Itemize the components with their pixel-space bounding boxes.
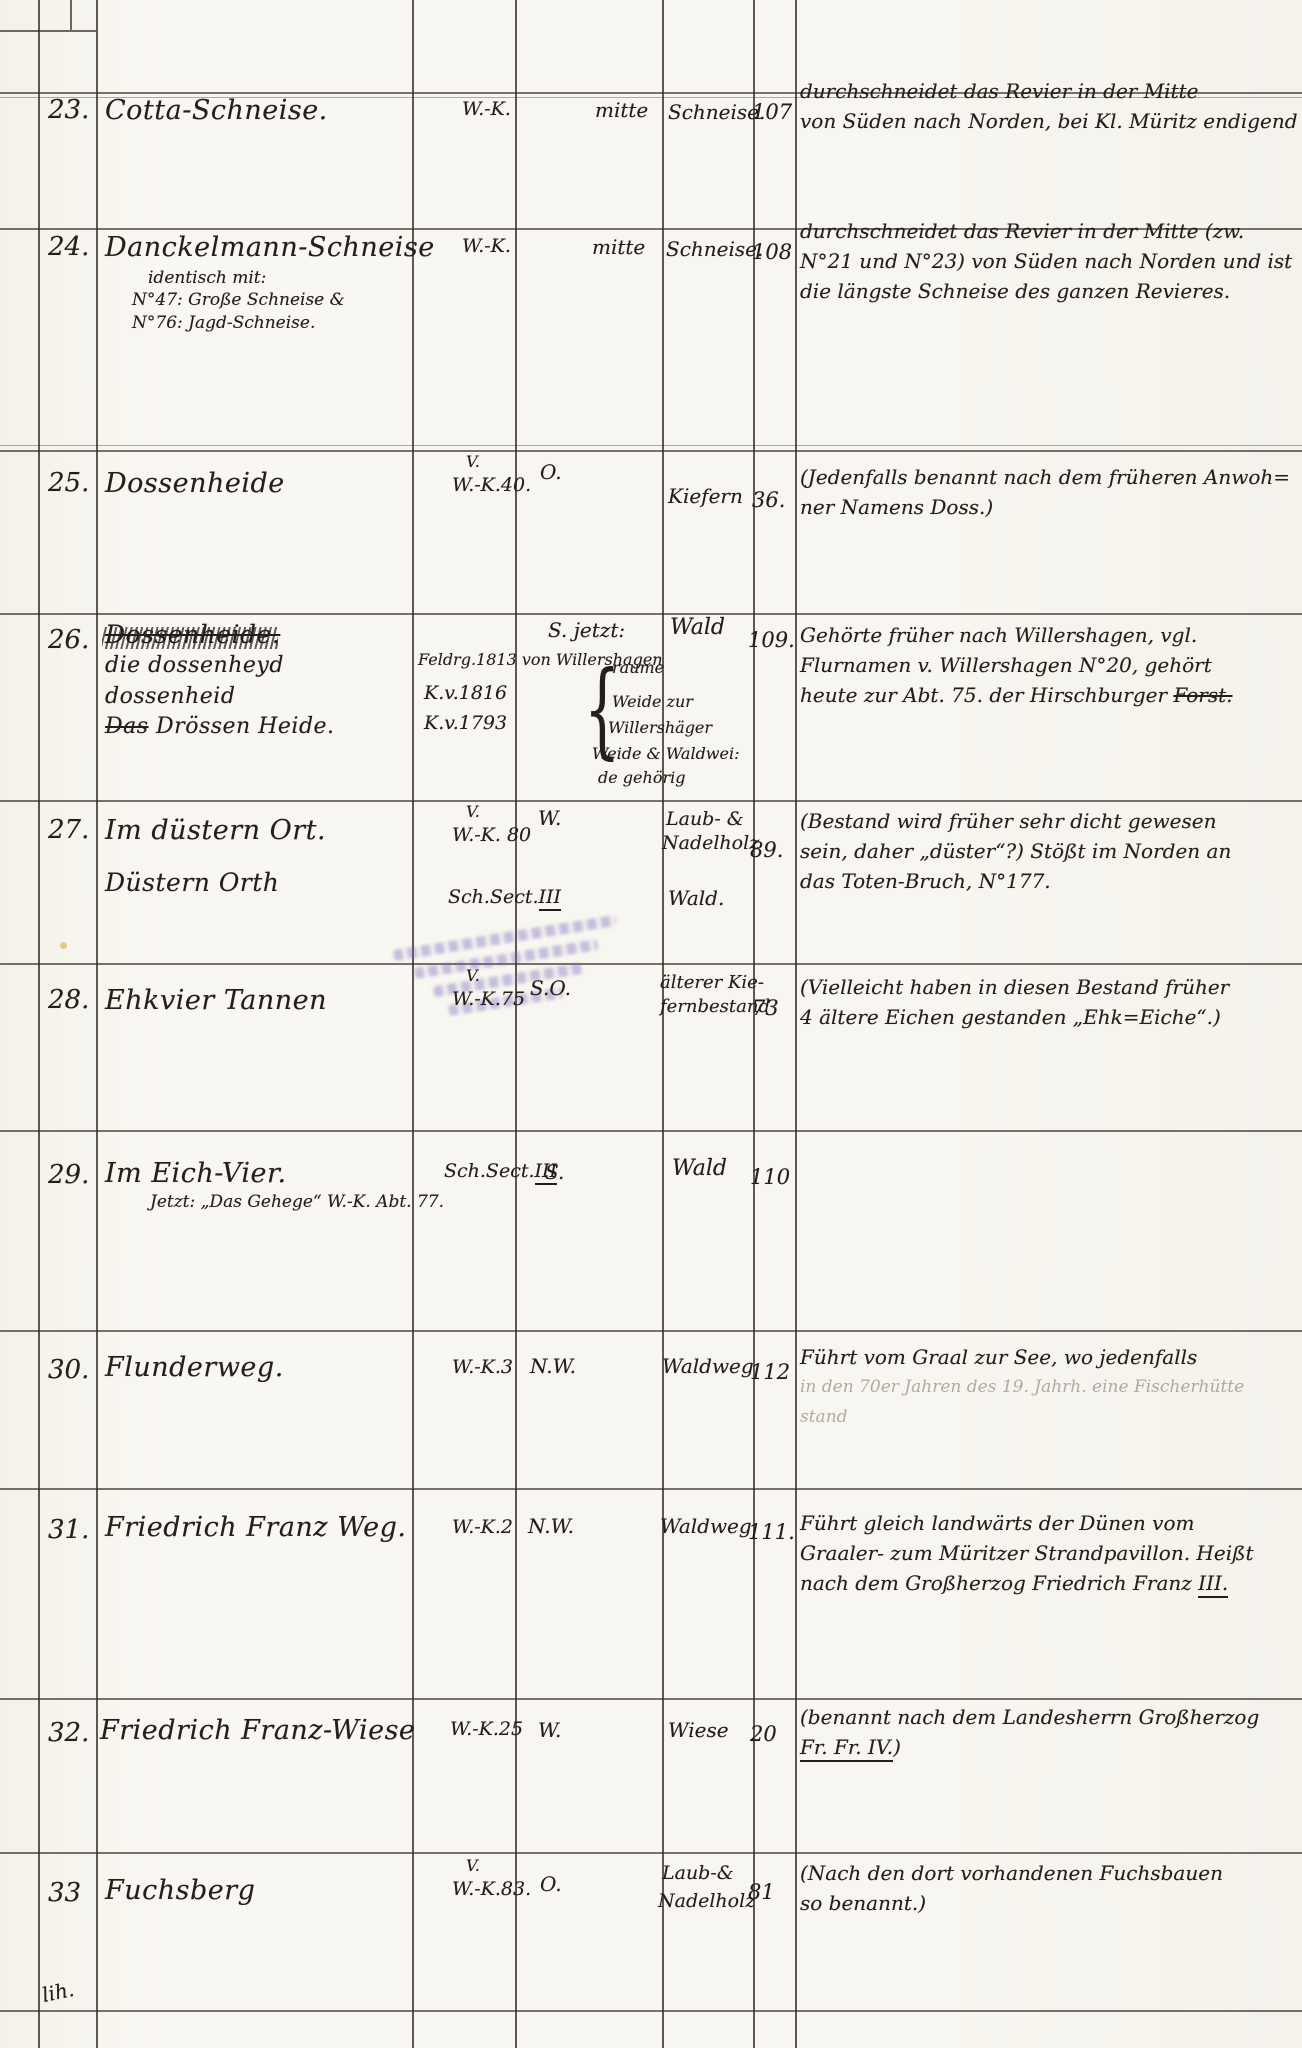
remark-line: Führt gleich landwärts der Dünen vom [800,1508,1254,1538]
grid-hline [0,445,1302,446]
entry-name-variant: die dossenheyd [105,653,284,678]
brace-note-line: raume [612,658,664,677]
terrain-type: Kiefern [668,484,743,508]
remark-line: so benannt.) [800,1888,1223,1918]
entry-number: 31. [48,1515,89,1545]
remark-line: (Nach den dort vorhandenen Fuchsbauen [800,1858,1223,1888]
remark-line: das Toten-Bruch, N°177. [800,866,1231,896]
underlined-numeral: III. [1198,1571,1228,1598]
map-number: 112 [750,1360,790,1384]
location: S. jetzt: [548,618,625,642]
source-code: Sch.Sect.III [444,1160,557,1182]
map-number: 111. [748,1520,795,1544]
source-code: K.v.1816 [424,682,507,704]
grid-vline [96,0,98,2048]
entry-name: Friedrich Franz-Wiese [100,1715,415,1746]
entry-number: 26. [48,625,89,655]
crossed-out-word: Forst. [1173,683,1232,707]
remark-line: (Jedenfalls benannt nach dem früheren An… [800,462,1290,492]
entry-name-note: N°76: Jagd-Schneise. [132,313,315,333]
remark-line: durchschneidet das Revier in der Mitte (… [800,216,1292,246]
remark-line: (Vielleicht haben in diesen Bestand früh… [800,972,1229,1002]
grid-hline [0,450,1302,452]
remark-line: ner Namens Doss.) [800,492,1290,522]
source-code: W.-K.40. [452,474,531,496]
entry-name: Danckelmann-Schneise [105,232,435,263]
brace-note-line: de gehörig [598,768,685,787]
terrain-type: Nadelholz [658,1890,755,1912]
location: S.O. [530,976,571,1000]
remark-line: Flurnamen v. Willershagen N°20, gehört [800,650,1232,680]
remark-line: 4 ältere Eichen gestanden „Ehk=Eiche“.) [800,1002,1229,1032]
entry-name: Friedrich Franz Weg. [105,1512,407,1543]
entry-name: Dossenheide [105,468,285,499]
grid-hline [0,1698,1302,1700]
location: O. [540,1872,562,1896]
terrain-type: Waldweg [660,1514,752,1538]
map-number: 110 [750,1165,790,1189]
entry-number: 30. [48,1355,89,1385]
remark: (Bestand wird früher sehr dicht gewesen … [800,806,1231,896]
brace-note-line: Willershäger [608,718,712,737]
scanned-register-page: 23. Cotta-Schneise. W.-K. mitte Schneise… [0,0,1302,2048]
grid-hline [0,613,1302,615]
source-code: W.-K.83. [452,1878,531,1900]
remark: (benannt nach dem Landesherrn Großherzog… [800,1702,1259,1762]
terrain-type: älterer Kie- [660,972,764,993]
terrain-type: Wiese [668,1718,729,1742]
entry-number: 24. [48,232,89,262]
source-code: W.-K.75 [452,988,525,1010]
terrain-type: Wald [672,1156,727,1181]
grid-vline [38,0,40,2048]
remark-line: durchschneidet das Revier in der Mitte [800,76,1298,106]
grid-hline [0,1488,1302,1490]
location: N.W. [530,1354,576,1378]
remark-line: nach dem Großherzog Friedrich Franz III. [800,1568,1254,1598]
remark: (Nach den dort vorhandenen Fuchsbauen so… [800,1858,1223,1918]
source-code: V. [466,1856,480,1875]
location: N.W. [528,1514,574,1538]
entry-name: Im düstern Ort. [105,815,326,846]
terrain-type: Wald [670,615,725,640]
source-code: V. [466,966,480,985]
remark-line-faint: in den 70er Jahren des 19. Jahrh. eine F… [800,1372,1244,1402]
location: W. [538,806,561,830]
location: mitte [592,235,645,259]
grid-hline [0,1852,1302,1854]
source-code: Sch.Sect.III [448,886,561,908]
entry-number: 33 [48,1878,81,1908]
grid-hline [0,800,1302,802]
location: S. [545,1160,564,1184]
entry-number: 32. [48,1718,89,1748]
map-number: 108 [752,240,792,264]
entry-name-note: Jetzt: „Das Gehege“ W.-K. Abt. 77. [150,1192,444,1212]
entry-number: 28. [48,985,89,1015]
map-number: 107 [752,100,792,124]
terrain-type: Laub- & [666,808,744,830]
grid-hline [0,963,1302,965]
remark-line: von Süden nach Norden, bei Kl. Müritz en… [800,106,1298,136]
grid-hline-partial [0,30,96,32]
terrain-type: Nadelholz [662,832,759,854]
terrain-type: Wald. [668,886,724,910]
map-number: 109. [748,628,795,652]
entry-number: 25. [48,468,89,498]
grid-vline [795,0,797,2048]
archive-stamp [393,915,628,1033]
remark: Führt vom Graal zur See, wo jedenfalls i… [800,1342,1244,1432]
remark-line: Fr. Fr. IV.) [800,1732,1259,1762]
map-number: 73 [752,996,779,1020]
remark-line-faint: stand [800,1402,1244,1432]
remark-line: sein, daher „düster“?) Stößt im Norden a… [800,836,1231,866]
grid-vline [515,0,517,2048]
remark-line: Graaler- zum Müritzer Strandpavillon. He… [800,1538,1254,1568]
remark-line: (Bestand wird früher sehr dicht gewesen [800,806,1231,836]
margin-scribble: lih. [40,1977,76,2007]
source-code: W.-K. [462,235,511,257]
location: O. [540,460,562,484]
remark-line: Gehörte früher nach Willershagen, vgl. [800,620,1232,650]
terrain-type: Schneise. [668,100,765,124]
grid-vline [662,0,664,2048]
entry-name-note: identisch mit: [148,268,266,288]
terrain-type: Laub-& [662,1862,734,1884]
map-number: 36. [752,488,785,512]
location: mitte [595,98,648,122]
source-code: V. [466,802,480,821]
terrain-type: Waldweg [662,1354,754,1378]
grid-hline [0,1330,1302,1332]
remark-line: die längste Schneise des ganzen Revieres… [800,276,1292,306]
terrain-type: Schneise. [666,237,763,261]
remark: (Jedenfalls benannt nach dem früheren An… [800,462,1290,522]
map-number: 20 [750,1722,777,1746]
remark: Gehörte früher nach Willershagen, vgl. F… [800,620,1232,710]
entry-name: Flunderweg. [105,1352,284,1383]
entry-name-variant: Düstern Orth [105,868,279,897]
remark: (Vielleicht haben in diesen Bestand früh… [800,972,1229,1032]
entry-number: 29. [48,1160,89,1190]
entry-name-variant: dossenheid [105,684,235,709]
underlined-text: Fr. Fr. IV. [800,1735,893,1762]
remark-line: heute zur Abt. 75. der Hirschburger Fors… [800,680,1232,710]
entry-number: 27. [48,815,89,845]
source-code: W.-K. 80 [452,824,531,846]
source-code: W.-K.25 [450,1718,523,1740]
source-code: W.-K. [462,98,511,120]
source-code: W.-K.3 [452,1356,513,1378]
entry-name-note: N°47: Große Schneise & [132,290,345,310]
crossed-out-word: Das [105,714,149,739]
remark: durchschneidet das Revier in der Mitte (… [800,216,1292,306]
entry-name: Im Eich-Vier. [105,1158,287,1189]
remark-line: (benannt nach dem Landesherrn Großherzog [800,1702,1259,1732]
grid-hline [0,1130,1302,1132]
map-number: 81 [748,1880,775,1904]
grid-vline-partial [70,0,72,30]
source-code: W.-K.2 [452,1516,513,1538]
source-code: K.v.1793 [424,712,507,734]
brace-note-line: Weide zur [612,692,693,711]
entry-name-variant: Das Drössen Heide. [105,714,335,739]
entry-name: Cotta-Schneise. [105,95,328,126]
remark-line: Führt vom Graal zur See, wo jedenfalls [800,1342,1244,1372]
scribble-strikeout [102,627,278,649]
underlined-numeral: III [539,886,562,911]
entry-name: Ehkvier Tannen [105,985,327,1016]
source-code: V. [466,452,480,471]
remark: Führt gleich landwärts der Dünen vom Gra… [800,1508,1254,1598]
grid-hline [0,2010,1302,2012]
entry-number: 23. [48,95,89,125]
entry-name: Fuchsberg [105,1875,255,1906]
brace-note-line: Weide & Waldwei: [592,744,739,763]
map-number: 89. [750,838,783,862]
location: W. [538,1718,561,1742]
paper-speck [60,942,67,949]
remark-line: N°21 und N°23) von Süden nach Norden und… [800,246,1292,276]
remark: durchschneidet das Revier in der Mitte v… [800,76,1298,136]
